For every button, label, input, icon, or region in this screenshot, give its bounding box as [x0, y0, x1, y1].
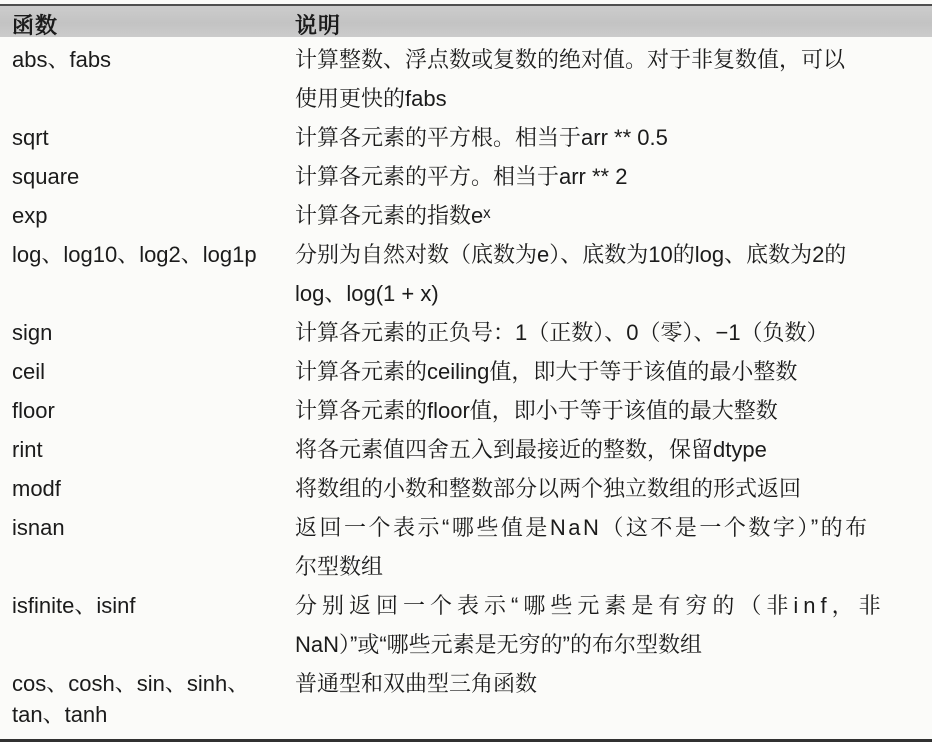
function-cell: isnan [12, 508, 295, 586]
description-cell: 计算各元素的平方。相当于arr ** 2 [295, 157, 920, 196]
table-row-log: log、log10、log2、log1p 分别为自然对数（底数为e）、底数为10… [0, 235, 932, 313]
book-page: 函数 说明 abs、fabs 计算整数、浮点数或复数的绝对值。对于非复数值，可以… [0, 0, 932, 742]
function-name: abs、fabs [12, 40, 295, 79]
table-body: abs、fabs 计算整数、浮点数或复数的绝对值。对于非复数值，可以 使用更快的… [0, 37, 932, 739]
description-cell: 计算整数、浮点数或复数的绝对值。对于非复数值，可以 使用更快的fabs [295, 40, 920, 118]
description-line: 计算各元素的floor值，即小于等于该值的最大整数 [295, 391, 920, 430]
description-line: 分别返回一个表示“哪些元素是有穷的（非inf，非 [295, 586, 920, 625]
table-row-isnan: isnan 返回一个表示“哪些值是NaN（这不是一个数字）”的布 尔型数组 [0, 508, 932, 586]
description-line: 返回一个表示“哪些值是NaN（这不是一个数字）”的布 [295, 508, 920, 547]
description-cell: 分别为自然对数（底数为e）、底数为10的log、底数为2的 log、log(1 … [295, 235, 920, 313]
table-row-floor: floor 计算各元素的floor值，即小于等于该值的最大整数 [0, 391, 932, 430]
description-line: 计算各元素的ceiling值，即大于等于该值的最小整数 [295, 352, 920, 391]
description-cell: 普通型和双曲型三角函数 [295, 664, 920, 734]
table-row-exp: exp 计算各元素的指数eˣ [0, 196, 932, 235]
description-line: 尔型数组 [295, 547, 920, 586]
table-row-sqrt: sqrt 计算各元素的平方根。相当于arr ** 0.5 [0, 118, 932, 157]
description-cell: 计算各元素的指数eˣ [295, 196, 920, 235]
description-line: 将数组的小数和整数部分以两个独立数组的形式返回 [295, 469, 920, 508]
table-row-rint: rint 将各元素值四舍五入到最接近的整数，保留dtype [0, 430, 932, 469]
function-name: isfinite、isinf [12, 586, 295, 625]
description-cell: 计算各元素的平方根。相当于arr ** 0.5 [295, 118, 920, 157]
function-cell: floor [12, 391, 295, 430]
function-name: modf [12, 469, 295, 508]
function-cell: cos、cosh、sin、sinh、 tan、tanh [12, 664, 295, 734]
function-cell: ceil [12, 352, 295, 391]
description-line: 计算各元素的指数eˣ [295, 196, 920, 235]
function-cell: modf [12, 469, 295, 508]
function-name: floor [12, 391, 295, 430]
ufunc-table: 函数 说明 abs、fabs 计算整数、浮点数或复数的绝对值。对于非复数值，可以… [0, 4, 932, 742]
table-row-sign: sign 计算各元素的正负号：1（正数）、0（零）、−1（负数） [0, 313, 932, 352]
description-line: 将各元素值四舍五入到最接近的整数，保留dtype [295, 430, 920, 469]
description-line: log、log(1 + x) [295, 274, 920, 313]
description-cell: 计算各元素的ceiling值，即大于等于该值的最小整数 [295, 352, 920, 391]
function-name: exp [12, 196, 295, 235]
table-row-abs-fabs: abs、fabs 计算整数、浮点数或复数的绝对值。对于非复数值，可以 使用更快的… [0, 40, 932, 118]
function-cell: log、log10、log2、log1p [12, 235, 295, 313]
description-line: NaN）”或“哪些元素是无穷的”的布尔型数组 [295, 625, 920, 664]
function-name: sqrt [12, 118, 295, 157]
description-line: 分别为自然对数（底数为e）、底数为10的log、底数为2的 [295, 235, 920, 274]
description-cell: 计算各元素的正负号：1（正数）、0（零）、−1（负数） [295, 313, 920, 352]
description-line: 计算整数、浮点数或复数的绝对值。对于非复数值，可以 [295, 40, 920, 79]
description-line: 普通型和双曲型三角函数 [295, 664, 920, 703]
function-cell: exp [12, 196, 295, 235]
description-line: 计算各元素的平方根。相当于arr ** 0.5 [295, 118, 920, 157]
function-name: ceil [12, 352, 295, 391]
function-cell: sign [12, 313, 295, 352]
table-row-modf: modf 将数组的小数和整数部分以两个独立数组的形式返回 [0, 469, 932, 508]
function-name: rint [12, 430, 295, 469]
function-name: square [12, 157, 295, 196]
description-cell: 分别返回一个表示“哪些元素是有穷的（非inf，非 NaN）”或“哪些元素是无穷的… [295, 586, 920, 664]
table-header-row: 函数 说明 [0, 6, 932, 37]
function-name: isnan [12, 508, 295, 547]
table-row-isfinite-isinf: isfinite、isinf 分别返回一个表示“哪些元素是有穷的（非inf，非 … [0, 586, 932, 664]
description-cell: 返回一个表示“哪些值是NaN（这不是一个数字）”的布 尔型数组 [295, 508, 920, 586]
function-cell: square [12, 157, 295, 196]
description-line: 计算各元素的正负号：1（正数）、0（零）、−1（负数） [295, 313, 920, 352]
function-cell: abs、fabs [12, 40, 295, 118]
function-name: sign [12, 313, 295, 352]
function-cell: rint [12, 430, 295, 469]
description-line: 使用更快的fabs [295, 79, 920, 118]
description-cell: 计算各元素的floor值，即小于等于该值的最大整数 [295, 391, 920, 430]
table-row-trig: cos、cosh、sin、sinh、 tan、tanh 普通型和双曲型三角函数 [0, 664, 932, 734]
description-cell: 将数组的小数和整数部分以两个独立数组的形式返回 [295, 469, 920, 508]
function-cell: sqrt [12, 118, 295, 157]
table-row-ceil: ceil 计算各元素的ceiling值，即大于等于该值的最小整数 [0, 352, 932, 391]
function-cell: isfinite、isinf [12, 586, 295, 664]
description-cell: 将各元素值四舍五入到最接近的整数，保留dtype [295, 430, 920, 469]
function-name: log、log10、log2、log1p [12, 235, 295, 274]
description-line: 计算各元素的平方。相当于arr ** 2 [295, 157, 920, 196]
table-row-square: square 计算各元素的平方。相当于arr ** 2 [0, 157, 932, 196]
